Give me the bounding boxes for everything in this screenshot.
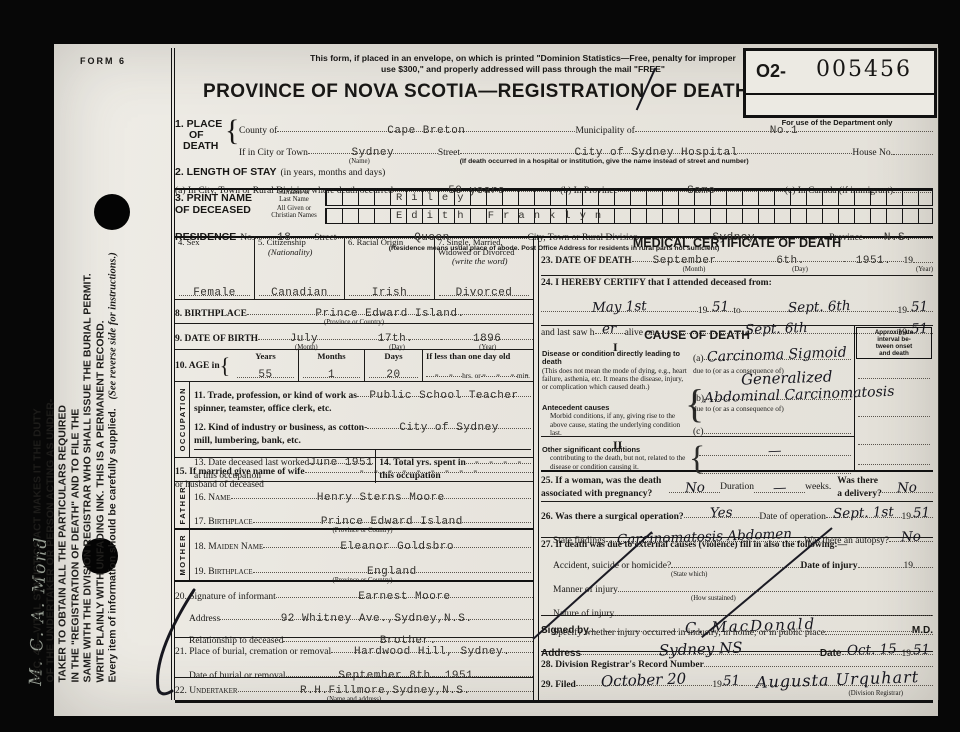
disease-label-block: Disease or condition directly leading to… [542, 350, 690, 391]
cause-of-death-title: CAUSE OF DEATH [541, 328, 853, 342]
medical-column: MEDICAL CERTIFICATE OF DEATH 23. DATE OF… [541, 236, 933, 700]
section-age: 10. AGE in{ Years 55 Months 1 Days 20 [175, 350, 533, 382]
racial-origin-field: Irish [349, 282, 430, 296]
delivery-field: No [882, 481, 933, 493]
cause-c-field [704, 422, 851, 434]
section-length-of-stay: 2. LENGTH OF STAY (in years, months and … [175, 162, 933, 190]
notice-line: WRITE PLAINLY WITH UNFADING INK. THIS IS… [94, 96, 107, 682]
street-field: City of Sydney Hospital [460, 142, 852, 154]
delivery-label: Was there [837, 476, 878, 486]
county-label: County of [239, 126, 277, 136]
cause-a-row: (a) Carcinoma Sigmoid [693, 348, 851, 364]
section-date-of-birth: 9. DATE OF BIRTH July 17th. 1896 (Month)… [175, 324, 533, 350]
cause-b-row: (b) Abdominal Carcinomatosis [693, 388, 851, 404]
racial-origin-cell: 6. Racial Origin Irish [345, 236, 435, 299]
burial-place-field: Hardwood Hill, Sydney. [331, 641, 533, 653]
section-signed: Signed by C. MacDonald M.D. Address Sydn… [541, 616, 933, 652]
margin-statute-notice: SEC. 46—VITAL STATISTICS ACT MAKES IT TH… [32, 96, 121, 682]
marital-status-cell: 7. Single, Married, Widowed or Divorced … [435, 236, 533, 299]
section-place-of-death: 1. PLACE OF DEATH { County of Cape Breto… [175, 116, 933, 162]
cause-a-field: Carcinoma Sigmoid [704, 348, 851, 360]
cause-b-field: Abdominal Carcinomatosis [704, 388, 851, 400]
serial-number-box: O2- 005456 [743, 48, 937, 118]
operation-label: 26. Was there a surgical operation? [541, 512, 684, 522]
filed-label: 29. Filed [541, 680, 576, 690]
scanned-death-registration-form: FORM 6 M. C. A. Mond SEC. 46—VITAL STATI… [54, 44, 938, 716]
form-number: FORM 6 [80, 56, 126, 66]
serial-prefix: O2- [756, 61, 786, 82]
physician-signature-field: C. MacDonald [589, 620, 912, 632]
industry-label: 12. Kind of industry or business, as cot… [194, 423, 367, 433]
form-columns: 4. Sex Female 5. Citizenship (Nationalit… [175, 236, 933, 703]
notice-line: IN THE "REGISTRATION OF DEATH" AND TO FI… [69, 96, 82, 682]
section-mother: MOTHER 18. Maiden Name Eleanor Goldsbro … [175, 530, 533, 582]
attended-to-field: Sept. 6th [741, 300, 898, 312]
father-name-field: Henry Sterns Moore [231, 487, 531, 499]
municipality-label: Municipality of [575, 126, 634, 136]
informant-label: 20. Signature of informant [175, 592, 276, 602]
age-days-cell: Days 20 [365, 350, 423, 381]
hours-field: - - [426, 365, 462, 377]
father-birthplace-field: Prince Edward Island [253, 511, 531, 523]
form-body: This form, if placed in an envelope, on … [171, 48, 939, 700]
personal-column: 4. Sex Female 5. Citizenship (Nationalit… [175, 236, 533, 700]
mother-maiden-field: Eleanor Goldsbro [263, 536, 531, 548]
trade-field: Public School Teacher [357, 385, 531, 397]
section-operation: 26. Was there a surgical operation? Yes … [541, 502, 933, 538]
section-filed: 29. Filed October 20 19 51 Augusta Urquh… [541, 668, 933, 700]
section-cause-of-death: CAUSE OF DEATH Approximate interval be- … [541, 326, 933, 472]
given-names-comb-field: Edith Franklyn [325, 208, 933, 224]
section-undertaker: 22. Undertaker R.H.Fillmore,Sydney,N.S. … [175, 678, 533, 700]
informant-address-label: Address [175, 614, 220, 624]
section-birthplace: 8. BIRTHPLACE Prince Edward Island. (Pro… [175, 300, 533, 324]
death-month-field: September [632, 250, 738, 262]
record-number-field [704, 655, 933, 667]
envelope-instruction: This form, if placed in an envelope, on … [293, 53, 753, 74]
operation-date-field: Sept. 1st [826, 506, 902, 518]
industry-field: City of Sydney [367, 417, 531, 429]
mother-birthplace-field: England [253, 561, 531, 573]
section-record-number: 28. Division Registrar's Record Number [541, 652, 933, 668]
citizenship-field: Canadian [259, 282, 340, 296]
serial-box-divider [746, 93, 934, 95]
city-town-field: Sydney [308, 142, 438, 154]
birth-day-field: 17th. [350, 328, 442, 340]
brace-glyph: { [225, 116, 239, 162]
father-name-label: 16. Name [194, 493, 231, 503]
surname-sub-label: Surname orLast Name [263, 189, 325, 203]
notice-line: OF THE UNDERTAKER OR PERSON ACTING AS UN… [44, 96, 57, 682]
burial-place-label: 21. Place of burial, cremation or remova… [175, 647, 331, 657]
notice-line: SAME WITH THE DIVISION REGISTRAR WHO SHA… [82, 96, 95, 682]
less-than-day-cell: If less than one day old - - hrs. or - -… [423, 350, 533, 381]
birthplace-label: 8. BIRTHPLACE [175, 309, 247, 319]
death-day-field: 6th. [738, 250, 844, 262]
undertaker-label: 22. Undertaker [175, 686, 238, 696]
undertaker-field: R.H.Fillmore,Sydney,N.S. [238, 680, 533, 692]
given-sub-label: All Given orChristian Names [263, 205, 325, 219]
other-conditions-field: — [699, 444, 851, 456]
mother-maiden-label: 18. Maiden Name [194, 542, 263, 552]
nature-of-injury-field [614, 604, 933, 616]
accident-field [671, 556, 800, 568]
cause-c-row: (c) [693, 422, 851, 437]
serial-number: 005456 [816, 57, 912, 82]
house-no-field [893, 143, 933, 155]
mother-vertical-label: MOTHER [175, 530, 190, 580]
attended-from-field: May 1st [541, 300, 698, 312]
trade-label: 11. Trade, profession, or kind of work a… [194, 391, 357, 401]
mother-birthplace-label: 19. Birthplace [194, 567, 253, 577]
notice-line: SEC. 46—VITAL STATISTICS ACT MAKES IT TH… [32, 96, 45, 682]
marital-status-field: Divorced [439, 282, 529, 296]
place-of-death-label: 1. PLACE OF DEATH [175, 116, 225, 162]
interval-header: Approximate interval be- tween onset and… [856, 327, 932, 359]
external-causes-label: 27. If death was due to external causes … [541, 538, 933, 550]
medical-certificate-title: MEDICAL CERTIFICATE OF DEATH [541, 236, 933, 250]
date-of-death-label: 23. DATE OF DEATH [541, 256, 632, 266]
section-informant: 20. Signature of informant Earnest Moore… [175, 582, 533, 638]
death-year-field: 1951. [844, 250, 904, 262]
surname-comb-field: Riley [325, 190, 933, 206]
racial-origin-label: 6. Racial Origin [348, 238, 431, 248]
informant-address-field: 92 Whitney Ave.,Sydney,N.S. [220, 608, 533, 620]
pregnancy-field: No [669, 481, 720, 493]
page-title: PROVINCE OF NOVA SCOTIA—REGISTRATION OF … [203, 81, 749, 103]
spouse-field: - - - - - - - - - [305, 461, 533, 473]
notice-line: Every item of information should be care… [107, 96, 121, 682]
age-years-cell: Years 55 [233, 350, 299, 381]
length-of-stay-paren: (in years, months and days) [281, 168, 386, 178]
birth-month-field: July [258, 328, 350, 340]
citizenship-cell: 5. Citizenship (Nationality) Canadian [255, 236, 345, 299]
cause-b-handwriting-line1: Generalized [741, 372, 833, 383]
burial-date-field: September 8th. 1951. [286, 665, 533, 677]
street-label: Street [438, 148, 460, 158]
sex-label: 4. Sex [178, 238, 251, 248]
injury-date-field [858, 556, 904, 568]
section-occupation: OCCUPATION 11. Trade, profession, or kin… [175, 382, 533, 458]
section-spouse: 15. If married give name of wifeor husba… [175, 458, 533, 482]
pregnancy-label: 25. If a woman, was the death [541, 476, 661, 486]
section-date-of-death: 23. DATE OF DEATH September 6th. 1951. 1… [541, 250, 933, 276]
length-of-stay-label: 2. LENGTH OF STAY [175, 166, 277, 178]
section-father: FATHER 16. Name Henry Sterns Moore 17. B… [175, 482, 533, 530]
father-birthplace-label: 17. Birthplace [194, 517, 253, 527]
filed-date-field: October 20 [576, 674, 713, 686]
informant-field: Earnest Moore [276, 586, 533, 598]
duration-field: — [754, 481, 805, 493]
manner-of-injury-field [618, 580, 933, 592]
occupation-vertical-label: OCCUPATION [175, 382, 190, 457]
section-burial: 21. Place of burial, cremation or remova… [175, 638, 533, 678]
registrar-signature-field: Augusta Urquhart [742, 674, 933, 686]
signed-by-label: Signed by [541, 625, 589, 636]
section-print-name: 3. PRINT NAME OF DECEASED Surname orLast… [175, 188, 933, 238]
age-months-field: 1 [303, 364, 360, 378]
section-4-7: 4. Sex Female 5. Citizenship (Nationalit… [175, 236, 533, 300]
father-vertical-label: FATHER [175, 482, 190, 528]
city-town-label: If in City or Town [239, 148, 308, 158]
house-no-label: House No. [852, 148, 893, 158]
birth-year-field: 1896 [441, 328, 533, 340]
antecedent-label-block: Antecedent causes Morbid conditions, if … [542, 404, 690, 437]
notice-line: TAKER TO OBTAIN ALL THE PARTICULARS REQU… [57, 96, 70, 682]
operation-field: Yes [684, 506, 760, 518]
age-label-cell: 10. AGE in{ [175, 350, 233, 381]
section-certify: 24. I HEREBY CERTIFY that I attended dec… [541, 276, 933, 326]
age-days-field: 20 [369, 364, 418, 378]
county-field: Cape Breton [277, 120, 575, 132]
sex-cell: 4. Sex Female [175, 236, 255, 299]
age-months-cell: Months 1 [299, 350, 365, 381]
birthplace-field: Prince Edward Island. [247, 303, 533, 315]
print-name-label: 3. PRINT NAME [175, 192, 263, 204]
municipality-field: No.1 [635, 120, 933, 132]
section-external-causes: 27. If death was due to external causes … [541, 538, 933, 616]
certify-label: 24. I HEREBY CERTIFY that I attended dec… [541, 276, 933, 288]
column-divider [533, 236, 539, 700]
other-conditions-block: Other significant conditions contributin… [542, 446, 692, 471]
date-of-birth-label: 9. DATE OF BIRTH [175, 334, 258, 344]
sex-field: Female [179, 282, 250, 296]
spouse-label: 15. If married give name of wife [175, 467, 305, 477]
age-years-field: 55 [237, 364, 294, 378]
section-pregnancy: 25. If a woman, was the deathassociated … [541, 472, 933, 502]
minutes-field: - - - - [481, 365, 517, 377]
